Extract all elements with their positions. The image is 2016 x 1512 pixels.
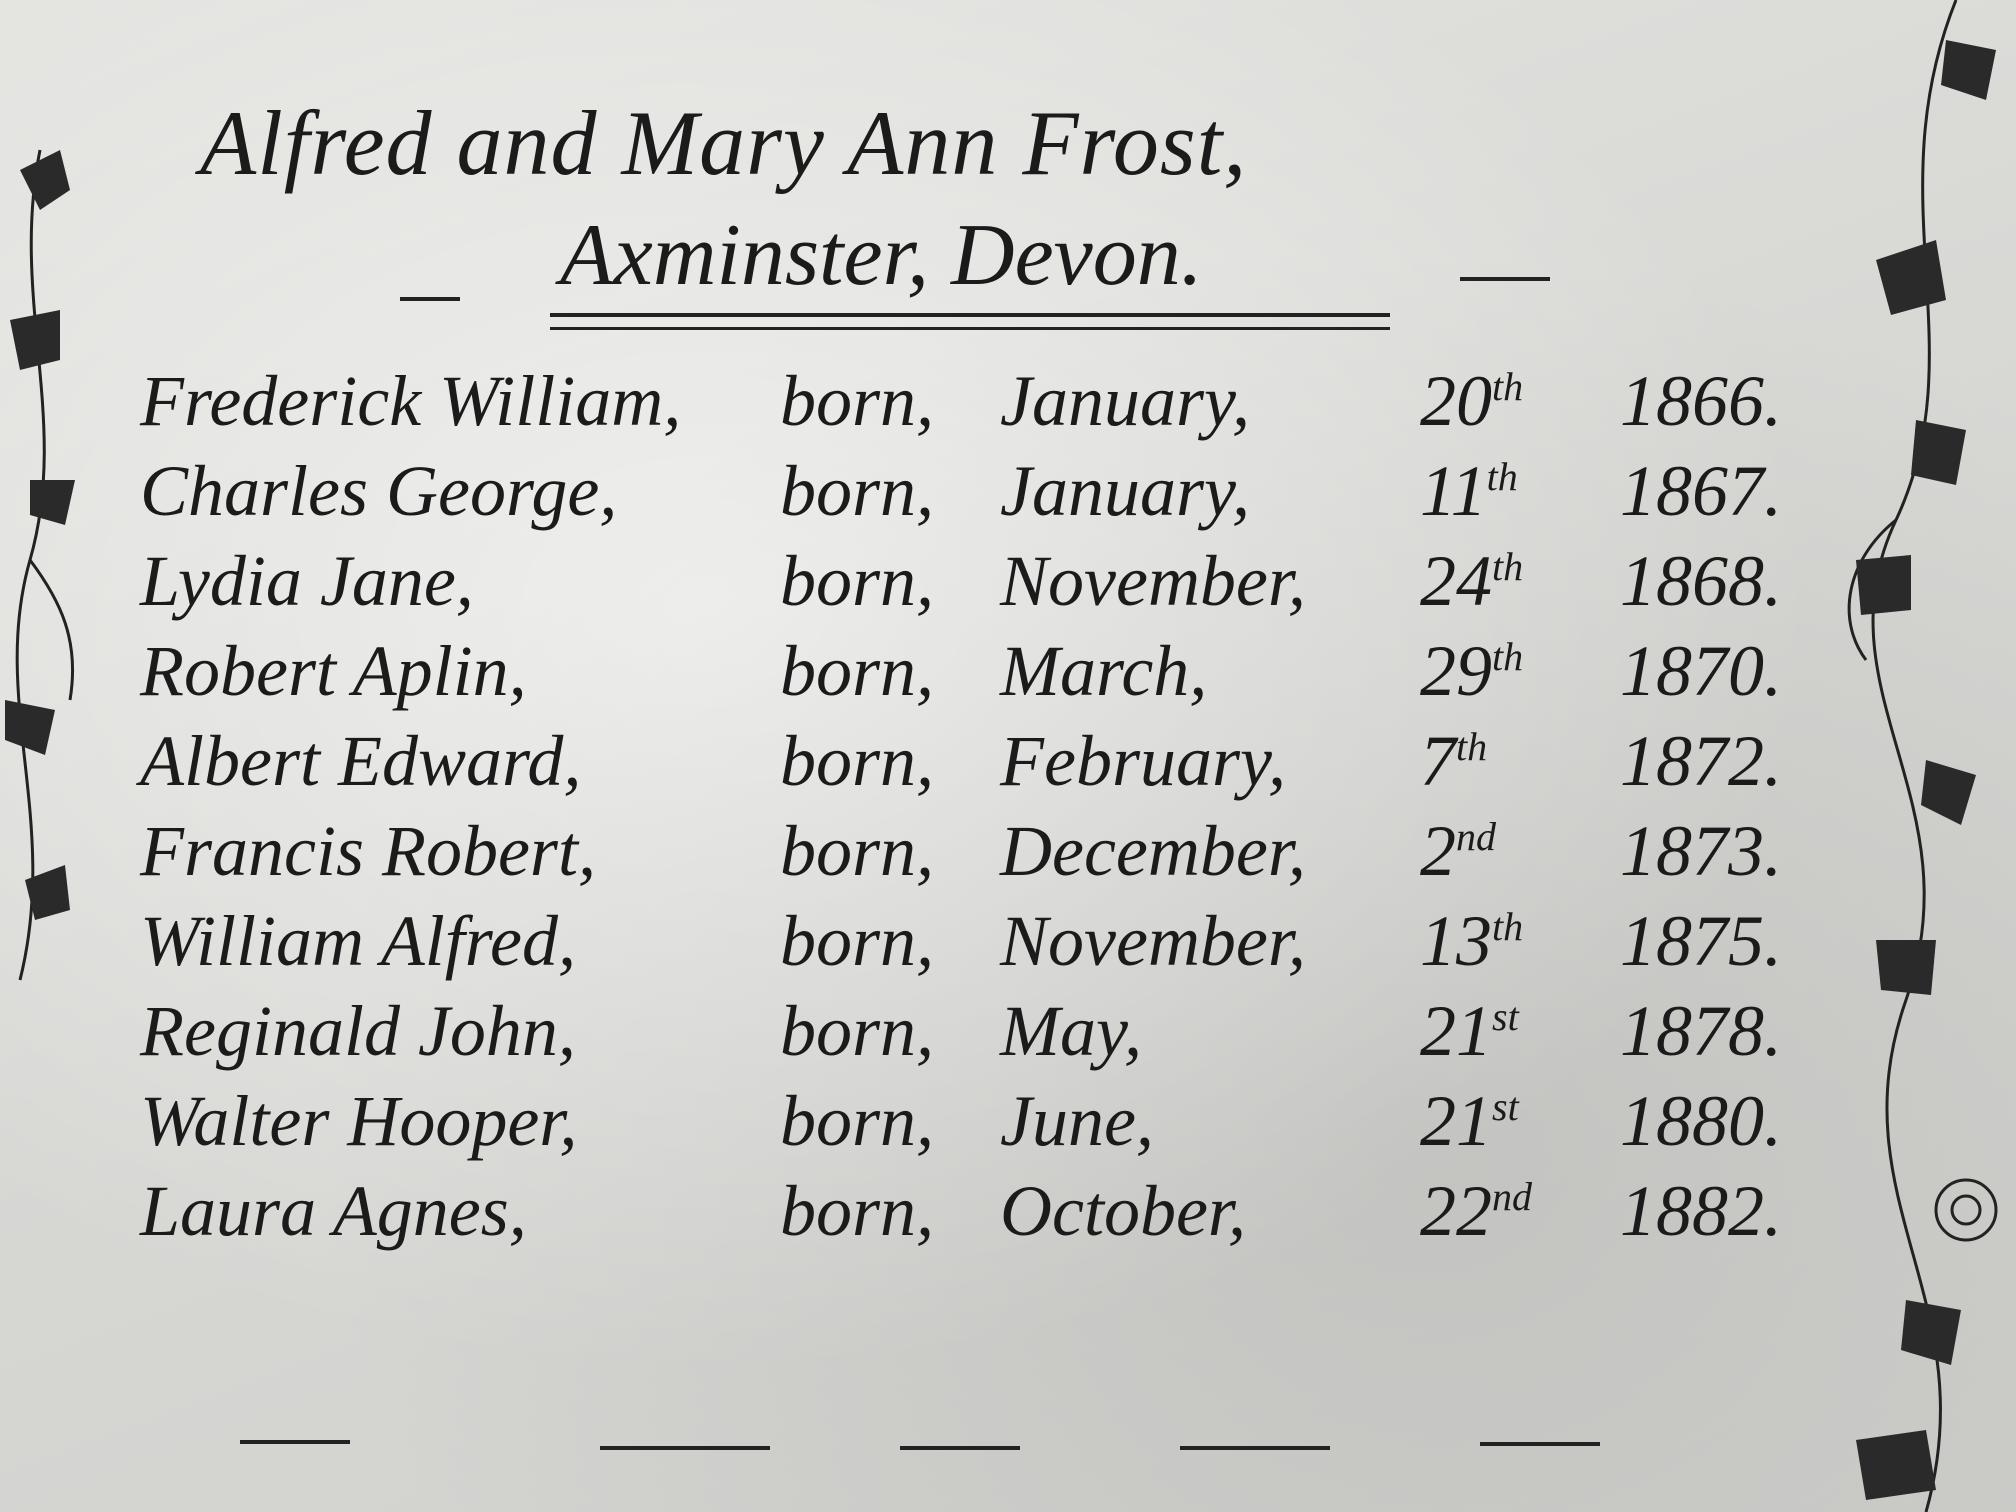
born-label: born, <box>780 360 934 443</box>
born-label: born, <box>780 630 934 713</box>
birth-month: November, <box>1000 900 1306 983</box>
decorative-dash <box>1180 1446 1330 1450</box>
child-name: William Alfred, <box>140 900 576 983</box>
day-suffix: th <box>1487 454 1518 499</box>
born-label: born, <box>780 900 934 983</box>
decorative-dash <box>400 297 460 301</box>
birth-year: 1866. <box>1620 360 1782 443</box>
birth-year: 1880. <box>1620 1080 1782 1163</box>
birth-day: 21st <box>1420 990 1519 1073</box>
decorative-dash <box>1480 1442 1600 1446</box>
birth-entries-list: Frederick William, born, January, 20th 1… <box>140 360 1820 1260</box>
birth-entry: Walter Hooper, born, June, 21st 1880. <box>140 1080 1820 1170</box>
decorative-dash <box>600 1446 770 1450</box>
day-suffix: st <box>1492 1084 1519 1129</box>
day-suffix: nd <box>1492 1174 1532 1219</box>
birth-month: January, <box>1000 450 1250 533</box>
day-number: 11 <box>1420 451 1487 531</box>
ivy-border-left-decoration <box>0 0 120 1512</box>
day-suffix: th <box>1492 634 1523 679</box>
born-label: born, <box>780 450 934 533</box>
child-name: Francis Robert, <box>140 810 596 893</box>
day-suffix: st <box>1492 994 1519 1039</box>
birth-entry: Charles George, born, January, 11th 1867… <box>140 450 1820 540</box>
birth-entry: Francis Robert, born, December, 2nd 1873… <box>140 810 1820 900</box>
birth-year: 1873. <box>1620 810 1782 893</box>
birth-day: 11th <box>1420 450 1518 533</box>
child-name: Frederick William, <box>140 360 681 443</box>
born-label: born, <box>780 540 934 623</box>
day-suffix: th <box>1492 364 1523 409</box>
birth-month: January, <box>1000 360 1250 443</box>
birth-entry: Frederick William, born, January, 20th 1… <box>140 360 1820 450</box>
born-label: born, <box>780 810 934 893</box>
day-suffix: th <box>1492 544 1523 589</box>
birth-day: 7th <box>1420 720 1487 803</box>
double-underline-rule <box>550 313 1390 330</box>
birth-day: 2nd <box>1420 810 1496 893</box>
day-number: 13 <box>1420 901 1492 981</box>
birth-entry: Laura Agnes, born, October, 22nd 1882. <box>140 1170 1820 1260</box>
birth-day: 24th <box>1420 540 1523 623</box>
subtitle-block: Axminster, Devon. <box>400 205 1600 315</box>
day-number: 21 <box>1420 991 1492 1071</box>
birth-month: February, <box>1000 720 1286 803</box>
birth-entry: William Alfred, born, November, 13th 187… <box>140 900 1820 990</box>
birth-month: December, <box>1000 810 1306 893</box>
child-name: Robert Aplin, <box>140 630 527 713</box>
birth-year: 1870. <box>1620 630 1782 713</box>
footer-rule-dashes <box>240 1440 1940 1460</box>
day-suffix: th <box>1456 724 1487 769</box>
day-number: 21 <box>1420 1081 1492 1161</box>
birth-month: June, <box>1000 1080 1154 1163</box>
family-record-page: Alfred and Mary Ann Frost, Axminster, De… <box>0 0 2016 1512</box>
birth-day: 29th <box>1420 630 1523 713</box>
birth-year: 1878. <box>1620 990 1782 1073</box>
document-title: Alfred and Mary Ann Frost, <box>200 90 1760 196</box>
day-number: 22 <box>1420 1171 1492 1251</box>
birth-year: 1867. <box>1620 450 1782 533</box>
born-label: born, <box>780 1170 934 1253</box>
birth-year: 1875. <box>1620 900 1782 983</box>
day-number: 7 <box>1420 721 1456 801</box>
child-name: Walter Hooper, <box>140 1080 577 1163</box>
birth-day: 20th <box>1420 360 1523 443</box>
birth-year: 1868. <box>1620 540 1782 623</box>
child-name: Lydia Jane, <box>140 540 474 623</box>
birth-day: 22nd <box>1420 1170 1532 1253</box>
birth-entry: Lydia Jane, born, November, 24th 1868. <box>140 540 1820 630</box>
day-number: 20 <box>1420 361 1492 441</box>
birth-month: October, <box>1000 1170 1246 1253</box>
decorative-dash <box>1460 277 1550 281</box>
child-name: Charles George, <box>140 450 617 533</box>
birth-entry: Reginald John, born, May, 21st 1878. <box>140 990 1820 1080</box>
birth-entry: Robert Aplin, born, March, 29th 1870. <box>140 630 1820 720</box>
birth-day: 21st <box>1420 1080 1519 1163</box>
child-name: Albert Edward, <box>140 720 581 803</box>
decorative-dash <box>900 1446 1020 1450</box>
day-suffix: th <box>1492 904 1523 949</box>
birth-month: May, <box>1000 990 1142 1073</box>
born-label: born, <box>780 720 934 803</box>
birth-month: November, <box>1000 540 1306 623</box>
document-subtitle: Axminster, Devon. <box>560 205 1203 306</box>
child-name: Reginald John, <box>140 990 576 1073</box>
decorative-dash <box>240 1440 350 1444</box>
day-number: 29 <box>1420 631 1492 711</box>
birth-year: 1882. <box>1620 1170 1782 1253</box>
birth-entry: Albert Edward, born, February, 7th 1872. <box>140 720 1820 810</box>
birth-month: March, <box>1000 630 1207 713</box>
birth-year: 1872. <box>1620 720 1782 803</box>
born-label: born, <box>780 1080 934 1163</box>
birth-day: 13th <box>1420 900 1523 983</box>
child-name: Laura Agnes, <box>140 1170 527 1253</box>
day-number: 24 <box>1420 541 1492 621</box>
born-label: born, <box>780 990 934 1073</box>
day-number: 2 <box>1420 811 1456 891</box>
day-suffix: nd <box>1456 814 1496 859</box>
